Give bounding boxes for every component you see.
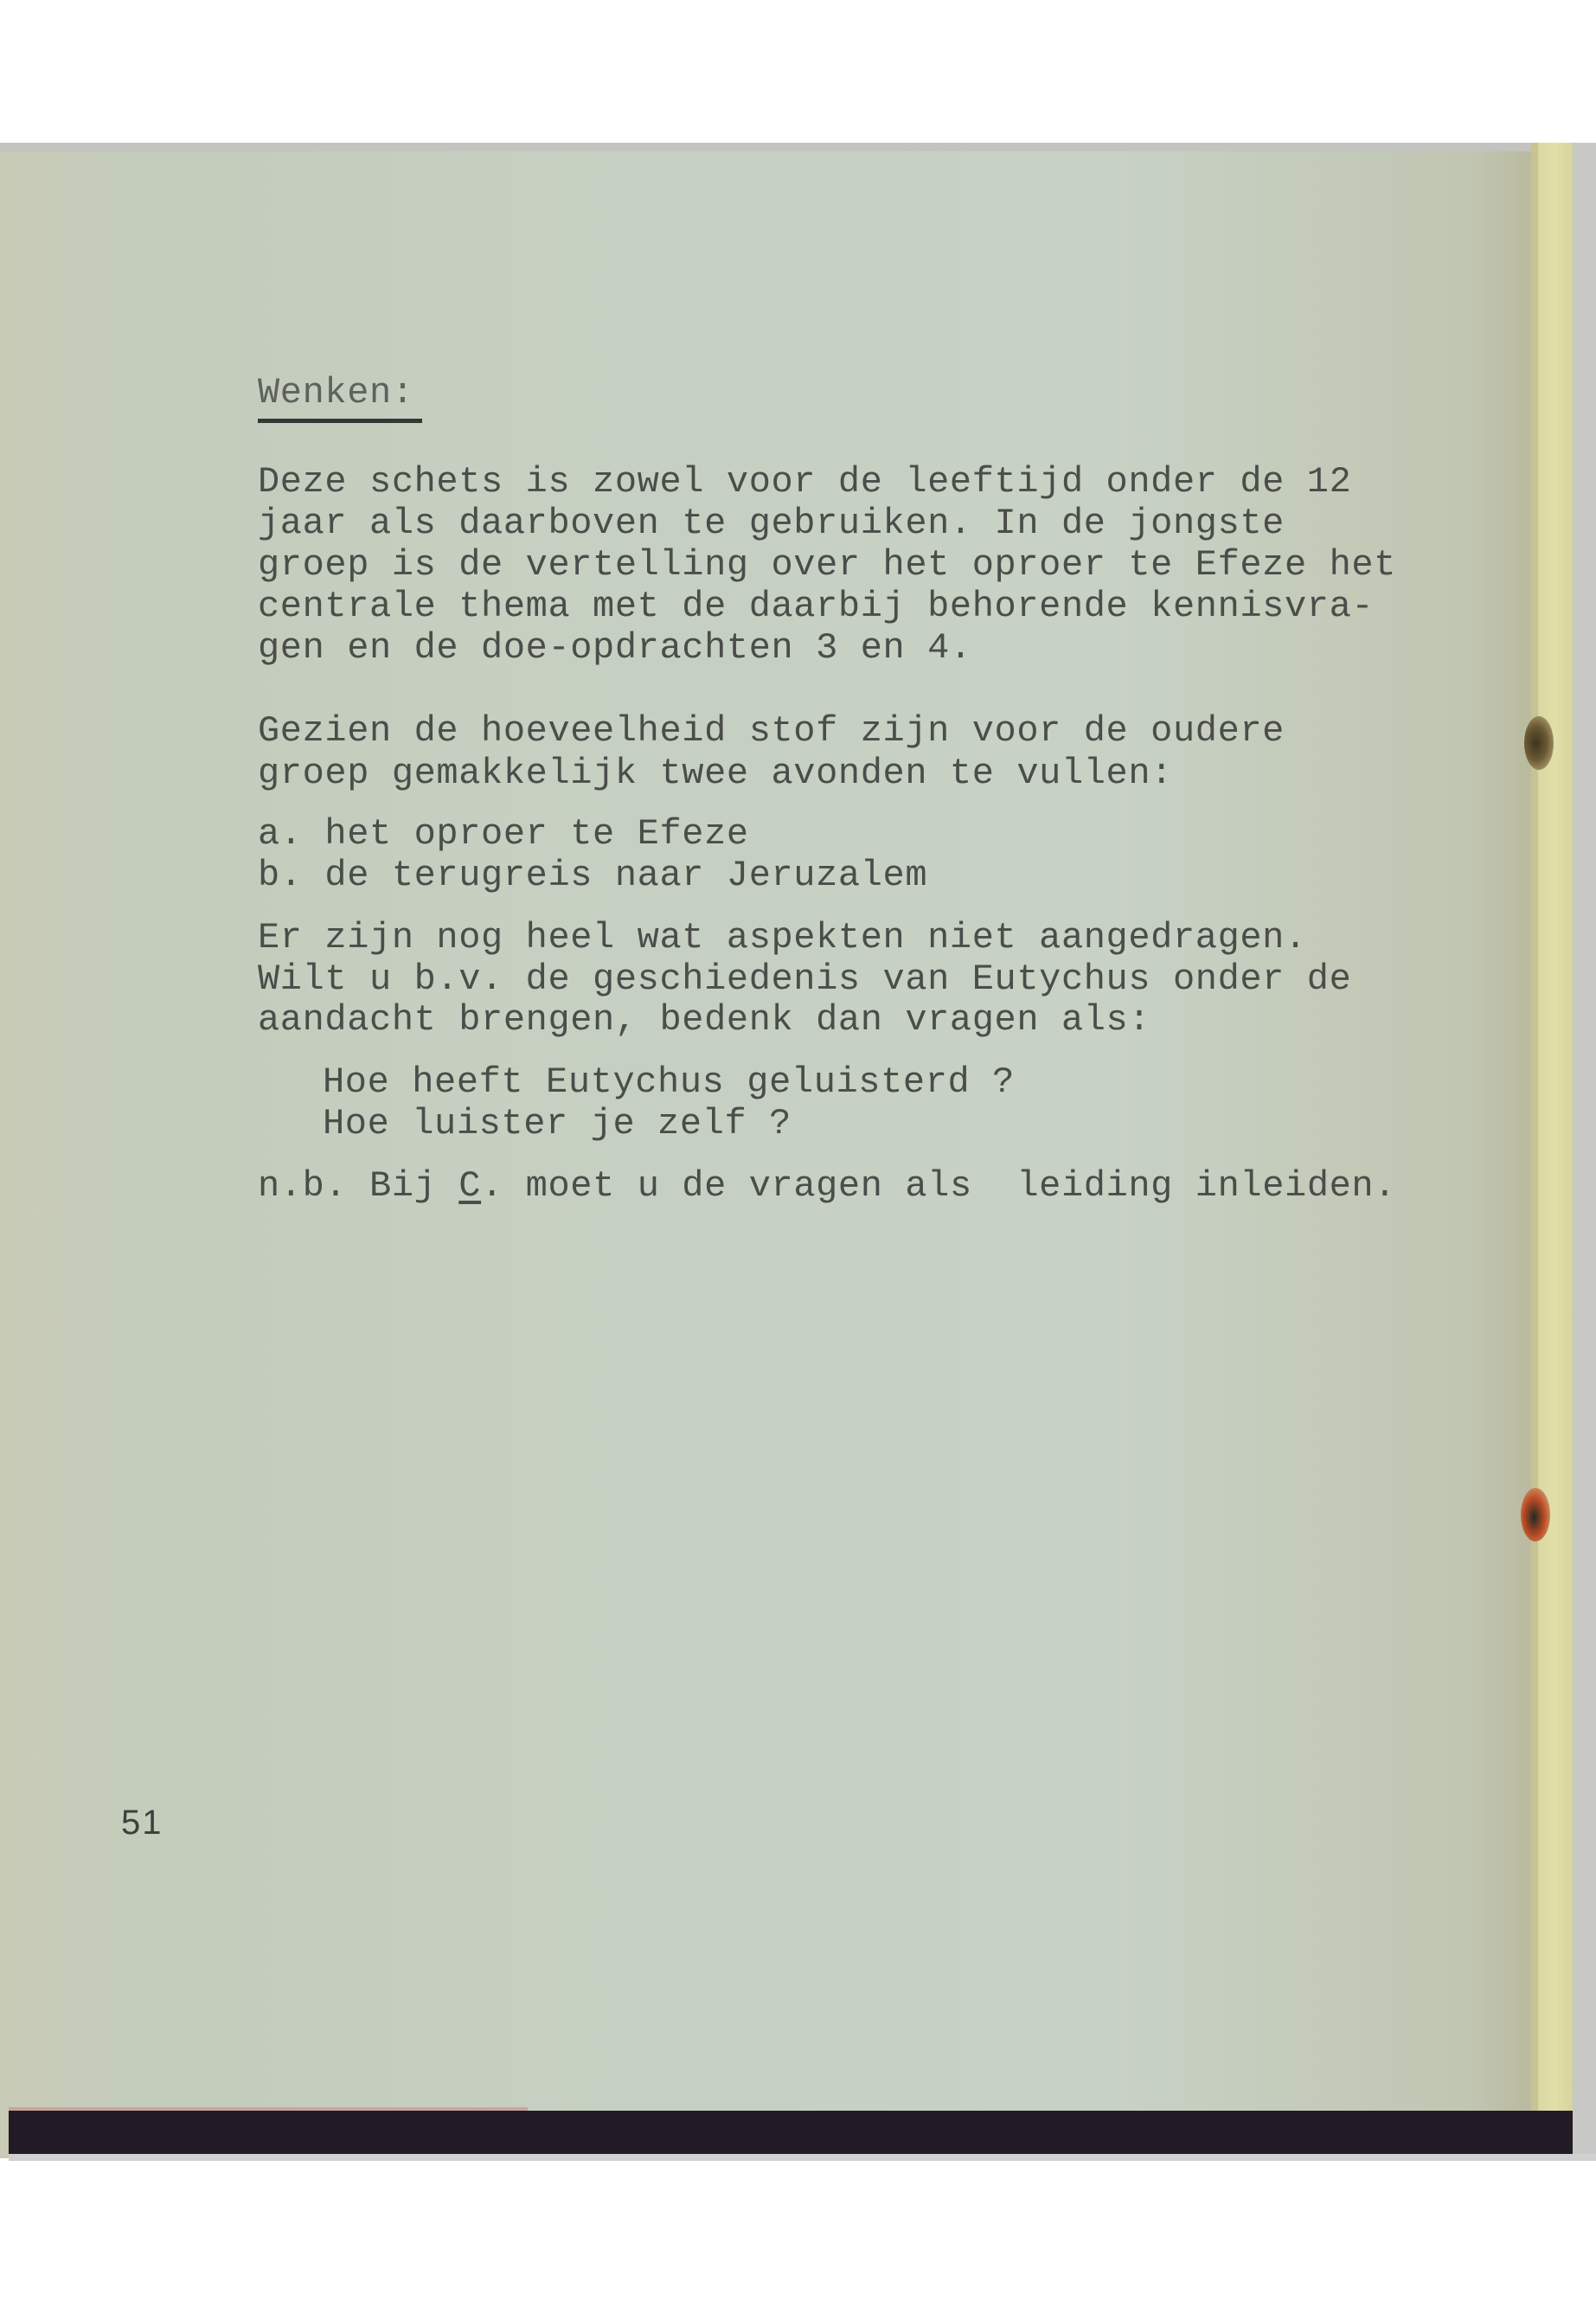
note-suffix: . moet u de vragen als leiding inleiden. [481, 1165, 1396, 1207]
note-line: n.b. Bij C. moet u de vragen als leiding… [258, 1165, 1396, 1207]
page-number: 51 [121, 1804, 163, 1843]
scan-edge [9, 2154, 1596, 2161]
paragraph-1-line-3: groep is de vertelling over het oproer t… [258, 544, 1396, 586]
heading: Wenken: [258, 372, 414, 413]
paragraph-3-line-2: Wilt u b.v. de geschiedenis van Eutychus… [258, 958, 1351, 1000]
heading-underline [258, 419, 422, 423]
binding-strip [9, 2111, 1573, 2156]
paragraph-1-line-4: centrale thema met de daarbij behorende … [258, 586, 1374, 627]
paragraph-3-line-3: aandacht brengen, bedenk dan vragen als: [258, 999, 1151, 1041]
paragraph-1-line-1: Deze schets is zowel voor de leeftijd on… [258, 461, 1351, 503]
book-spine [1538, 143, 1573, 2150]
binding-hole-icon [1524, 716, 1554, 770]
paragraph-2-line-2: groep gemakkelijk twee avonden te vullen… [258, 753, 1173, 794]
page-top-edge [0, 143, 1566, 151]
question-2: Hoe luister je zelf ? [323, 1103, 792, 1144]
typed-text-block: Wenken: Deze schets is zowel voor de lee… [258, 0, 303, 955]
list-item-a: a. het oproer te Efeze [258, 813, 749, 855]
paragraph-1-line-2: jaar als daarboven te gebruiken. In de j… [258, 503, 1285, 544]
paragraph-2-line-1: Gezien de hoeveelheid stof zijn voor de … [258, 710, 1285, 752]
list-item-b: b. de terugreis naar Jeruzalem [258, 855, 927, 896]
paragraph-1-line-5: gen en de doe-opdrachten 3 en 4. [258, 627, 972, 669]
spine-edge [1573, 143, 1596, 2158]
binding-hole-icon [1521, 1488, 1550, 1541]
note-underlined-letter: C [458, 1165, 481, 1207]
question-1: Hoe heeft Eutychus geluisterd ? [323, 1061, 1015, 1103]
paragraph-3-line-1: Er zijn nog heel wat aspekten niet aange… [258, 917, 1307, 958]
paper-page [0, 143, 1596, 2158]
note-prefix: n.b. Bij [258, 1165, 458, 1207]
